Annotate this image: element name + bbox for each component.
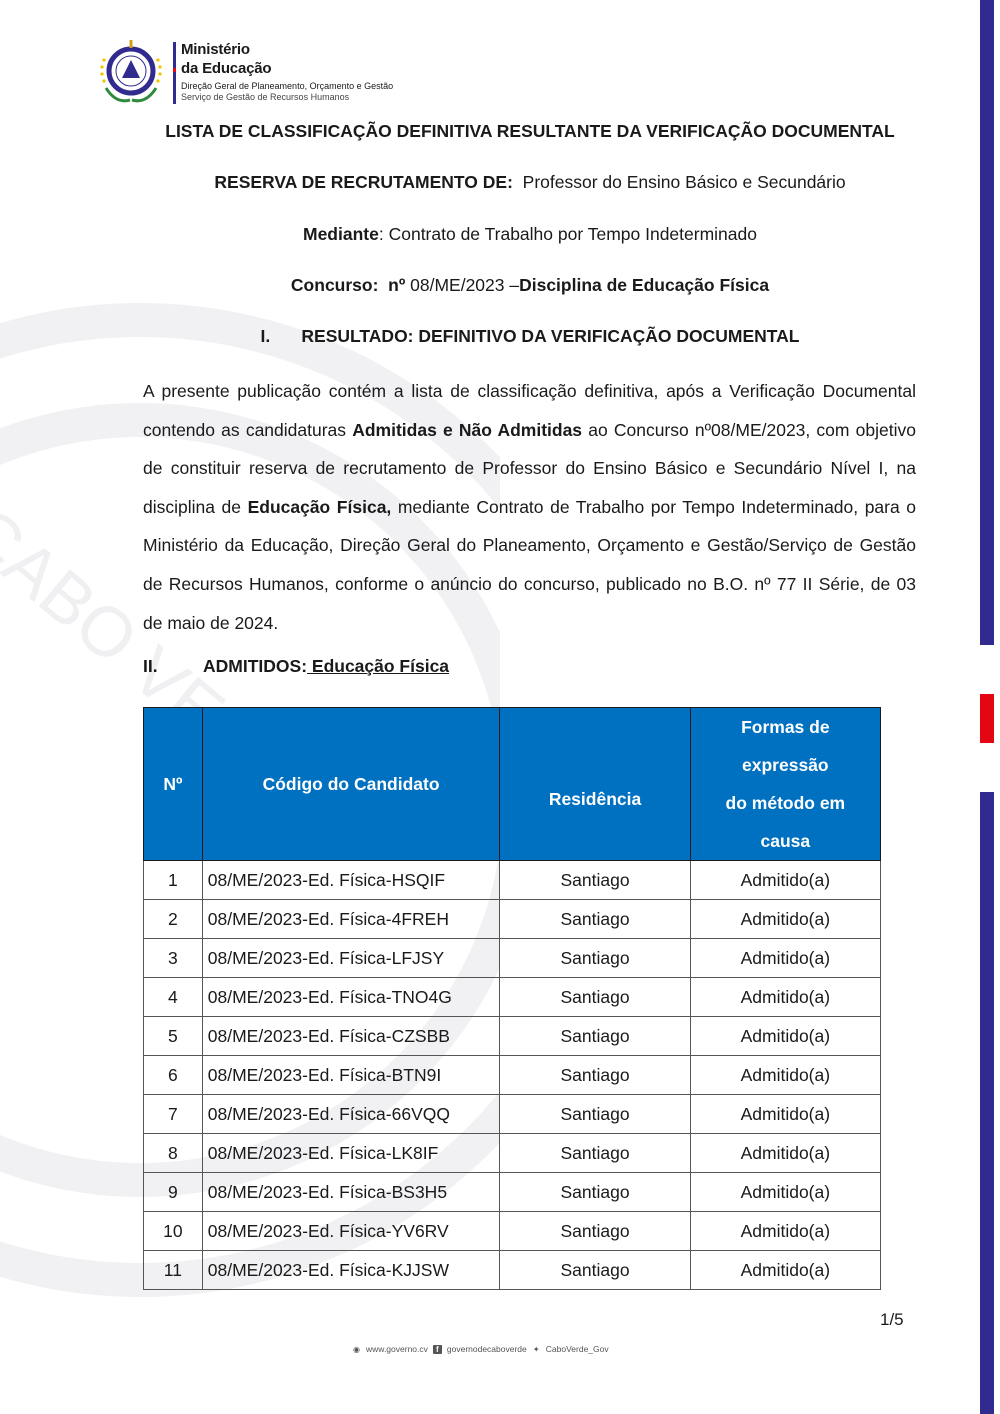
cell-status: Admitido(a) bbox=[690, 939, 880, 978]
cell-residence: Santiago bbox=[500, 939, 690, 978]
header-no: Nº bbox=[144, 708, 203, 861]
cell-residence: Santiago bbox=[500, 1173, 690, 1212]
section-2-label: ADMITIDOS: bbox=[203, 656, 307, 676]
footer-links: ◉ www.governo.cv f governodecaboverde ✦ … bbox=[352, 1344, 609, 1354]
header-form: Formas de expressão do método em causa bbox=[690, 708, 880, 861]
cell-code: 08/ME/2023-Ed. Física-YV6RV bbox=[202, 1212, 500, 1251]
section-1-heading: I. RESULTADO: DEFINITIVO DA VERIFICAÇÃO … bbox=[140, 326, 920, 347]
table-row: 608/ME/2023-Ed. Física-BTN9ISantiagoAdmi… bbox=[144, 1056, 881, 1095]
page-number: 1/5 bbox=[880, 1310, 904, 1330]
intro-paragraph: A presente publicação contém a lista de … bbox=[143, 372, 916, 642]
cell-status: Admitido(a) bbox=[690, 1173, 880, 1212]
cell-status: Admitido(a) bbox=[690, 1212, 880, 1251]
admitted-candidates-table: Nº Código do Candidato Residência Formas… bbox=[143, 707, 881, 1290]
twitter-icon: ✦ bbox=[532, 1345, 541, 1354]
table-row: 1008/ME/2023-Ed. Física-YV6RVSantiagoAdm… bbox=[144, 1212, 881, 1251]
cell-code: 08/ME/2023-Ed. Física-BS3H5 bbox=[202, 1173, 500, 1212]
cell-code: 08/ME/2023-Ed. Física-TNO4G bbox=[202, 978, 500, 1017]
cell-no: 2 bbox=[144, 900, 203, 939]
ministry-name-line1: Ministério bbox=[181, 40, 393, 59]
reserva-value: Professor do Ensino Básico e Secundário bbox=[523, 172, 846, 192]
reserva-label: RESERVA DE RECRUTAMENTO DE bbox=[214, 172, 507, 192]
footer-website[interactable]: www.governo.cv bbox=[366, 1344, 428, 1354]
mediante-label: Mediante bbox=[303, 224, 379, 244]
table-row: 408/ME/2023-Ed. Física-TNO4GSantiagoAdmi… bbox=[144, 978, 881, 1017]
cell-no: 5 bbox=[144, 1017, 203, 1056]
concurso-label: Concurso: bbox=[291, 275, 379, 295]
brand-bar-blue-bottom bbox=[980, 792, 994, 1414]
cell-status: Admitido(a) bbox=[690, 900, 880, 939]
section-2-number: II. bbox=[143, 656, 203, 677]
paragraph-bold-discipline: Educação Física, bbox=[248, 497, 392, 517]
cell-code: 08/ME/2023-Ed. Física-BTN9I bbox=[202, 1056, 500, 1095]
section-1-title: RESULTADO: DEFINITIVO DA VERIFICAÇÃO DOC… bbox=[301, 326, 799, 346]
table-row: 508/ME/2023-Ed. Física-CZSBBSantiagoAdmi… bbox=[144, 1017, 881, 1056]
cell-residence: Santiago bbox=[500, 978, 690, 1017]
paragraph-text-3: mediante Contrato de Trabalho por Tempo … bbox=[143, 497, 916, 633]
cell-no: 4 bbox=[144, 978, 203, 1017]
cell-code: 08/ME/2023-Ed. Física-LK8IF bbox=[202, 1134, 500, 1173]
mediante-line: Mediante: Contrato de Trabalho por Tempo… bbox=[140, 224, 920, 245]
globe-icon: ◉ bbox=[352, 1345, 361, 1354]
table-row: 1108/ME/2023-Ed. Física-KJJSWSantiagoAdm… bbox=[144, 1251, 881, 1290]
cell-status: Admitido(a) bbox=[690, 1095, 880, 1134]
service-name: Serviço de Gestão de Recursos Humanos bbox=[181, 92, 393, 103]
brand-bar-red bbox=[980, 694, 994, 743]
cell-code: 08/ME/2023-Ed. Física-66VQQ bbox=[202, 1095, 500, 1134]
header-form-line2: expressão bbox=[695, 746, 876, 784]
cell-no: 3 bbox=[144, 939, 203, 978]
section-2-heading: II.ADMITIDOS: Educação Física bbox=[143, 656, 449, 677]
concurso-number-label: nº bbox=[388, 275, 405, 295]
footer-twitter[interactable]: CaboVerde_Gov bbox=[546, 1344, 609, 1354]
table-header-row: Nº Código do Candidato Residência Formas… bbox=[144, 708, 881, 861]
table-row: 208/ME/2023-Ed. Física-4FREHSantiagoAdmi… bbox=[144, 900, 881, 939]
table-row: 908/ME/2023-Ed. Física-BS3H5SantiagoAdmi… bbox=[144, 1173, 881, 1212]
cell-no: 1 bbox=[144, 861, 203, 900]
header-form-line4: causa bbox=[695, 822, 876, 860]
cell-residence: Santiago bbox=[500, 900, 690, 939]
cell-residence: Santiago bbox=[500, 1251, 690, 1290]
cell-code: 08/ME/2023-Ed. Física-HSQIF bbox=[202, 861, 500, 900]
paragraph-bold-admitidas: Admitidas e Não Admitidas bbox=[352, 420, 582, 440]
section-1-number: I. bbox=[261, 326, 297, 347]
cell-code: 08/ME/2023-Ed. Física-LFJSY bbox=[202, 939, 500, 978]
ministry-name-line2: da Educação bbox=[181, 59, 393, 78]
facebook-icon: f bbox=[433, 1345, 442, 1354]
brand-divider bbox=[173, 42, 176, 104]
reserva-line: RESERVA DE RECRUTAMENTO DE: Professor do… bbox=[140, 172, 920, 193]
table-row: 108/ME/2023-Ed. Física-HSQIFSantiagoAdmi… bbox=[144, 861, 881, 900]
header-form-line3: do método em bbox=[695, 784, 876, 822]
header-residence: Residência bbox=[500, 708, 690, 861]
concurso-discipline: Disciplina de Educação Física bbox=[519, 275, 769, 295]
header-code: Código do Candidato bbox=[202, 708, 500, 861]
cell-residence: Santiago bbox=[500, 1095, 690, 1134]
cell-residence: Santiago bbox=[500, 1212, 690, 1251]
concurso-line: Concurso: nº 08/ME/2023 –Disciplina de E… bbox=[140, 275, 920, 296]
cell-residence: Santiago bbox=[500, 1134, 690, 1173]
cell-no: 7 bbox=[144, 1095, 203, 1134]
cell-residence: Santiago bbox=[500, 1056, 690, 1095]
coat-of-arms-icon bbox=[96, 38, 166, 108]
cell-status: Admitido(a) bbox=[690, 1134, 880, 1173]
cell-no: 8 bbox=[144, 1134, 203, 1173]
cell-status: Admitido(a) bbox=[690, 978, 880, 1017]
header-form-line1: Formas de bbox=[695, 708, 876, 746]
brand-bar-blue-top bbox=[980, 0, 994, 645]
table-row: 308/ME/2023-Ed. Física-LFJSYSantiagoAdmi… bbox=[144, 939, 881, 978]
cell-code: 08/ME/2023-Ed. Física-4FREH bbox=[202, 900, 500, 939]
ministry-brand: Ministério da Educação Direção Geral de … bbox=[181, 40, 393, 103]
document-title: LISTA DE CLASSIFICAÇÃO DEFINITIVA RESULT… bbox=[140, 121, 920, 142]
cell-status: Admitido(a) bbox=[690, 1017, 880, 1056]
cell-residence: Santiago bbox=[500, 861, 690, 900]
footer-facebook[interactable]: governodecaboverde bbox=[447, 1344, 527, 1354]
concurso-number: 08/ME/2023 – bbox=[410, 275, 519, 295]
cell-status: Admitido(a) bbox=[690, 1251, 880, 1290]
cell-no: 6 bbox=[144, 1056, 203, 1095]
cell-residence: Santiago bbox=[500, 1017, 690, 1056]
section-2-subject: Educação Física bbox=[307, 656, 449, 676]
cell-code: 08/ME/2023-Ed. Física-CZSBB bbox=[202, 1017, 500, 1056]
table-row: 708/ME/2023-Ed. Física-66VQQSantiagoAdmi… bbox=[144, 1095, 881, 1134]
cell-no: 11 bbox=[144, 1251, 203, 1290]
cell-status: Admitido(a) bbox=[690, 1056, 880, 1095]
mediante-value: Contrato de Trabalho por Tempo Indetermi… bbox=[389, 224, 757, 244]
cell-no: 9 bbox=[144, 1173, 203, 1212]
cell-status: Admitido(a) bbox=[690, 861, 880, 900]
table-row: 808/ME/2023-Ed. Física-LK8IFSantiagoAdmi… bbox=[144, 1134, 881, 1173]
cell-no: 10 bbox=[144, 1212, 203, 1251]
department-name: Direção Geral de Planeamento, Orçamento … bbox=[181, 81, 393, 92]
cell-code: 08/ME/2023-Ed. Física-KJJSW bbox=[202, 1251, 500, 1290]
